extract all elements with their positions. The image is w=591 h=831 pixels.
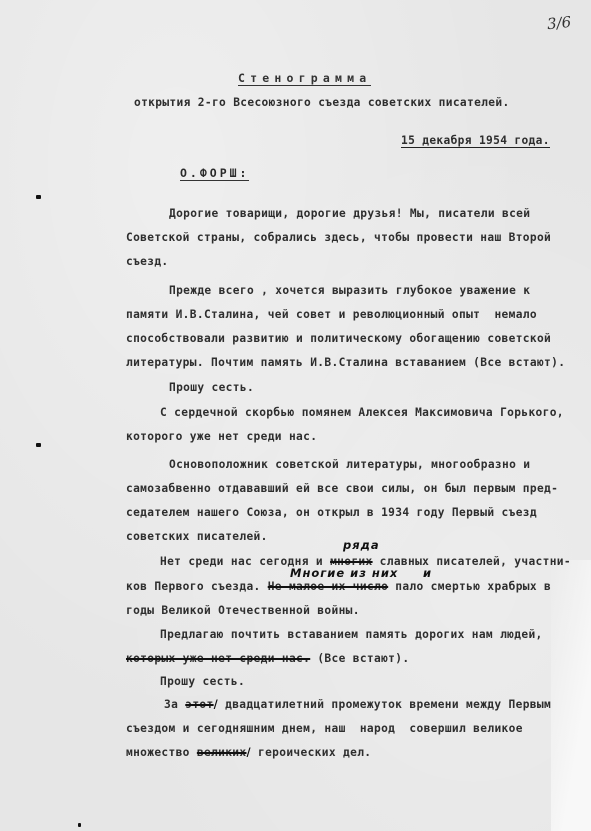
- text-span: славных писателей, участни-: [373, 555, 571, 568]
- text-line-edited: которых уже нет среди нас. (Все встают).: [126, 652, 409, 665]
- text-line: съездом и сегодняшним днем, наш народ со…: [126, 722, 523, 735]
- handwritten-insert: Многие из них: [290, 566, 398, 580]
- text-line: Дорогие товарищи, дорогие друзья! Мы, пи…: [169, 207, 530, 220]
- document-date: 15 декабря 1954 года.: [401, 134, 550, 148]
- document-title: Стенограмма: [238, 71, 371, 86]
- text-span: (Все встают).: [310, 652, 409, 665]
- text-line: памяти И.В.Сталина, чей совет и революци…: [126, 308, 537, 321]
- text-line: Прежде всего , хочется выразить глубокое…: [169, 284, 530, 297]
- struck-text: великих: [197, 746, 247, 759]
- handwritten-insert: и: [423, 566, 432, 580]
- text-span: За: [164, 698, 185, 711]
- text-line: советских писателей.: [126, 530, 268, 543]
- text-span: пало смертью храбрых в: [388, 580, 551, 593]
- text-line: седателем нашего Союза, он открыл в 1934…: [126, 506, 537, 519]
- text-span: множество: [126, 746, 197, 759]
- text-line-edited: множество великих/ героических дел.: [126, 746, 371, 759]
- struck-text: Не малое их число: [268, 580, 388, 593]
- scanned-document-page: 3/6 Стенограмма открытия 2-го Всесоюзног…: [0, 0, 591, 831]
- text-line: съезд.: [126, 255, 169, 268]
- text-line: Прошу сесть.: [160, 675, 245, 688]
- text-line: способствовали развитию и политическому …: [126, 332, 551, 345]
- text-span: ков Первого съезда.: [126, 580, 268, 593]
- text-line: Предлагаю почтить вставанием память доро…: [160, 628, 543, 641]
- text-line: годы Великой Отечественной войны.: [126, 604, 360, 617]
- struck-text: которых уже нет среди нас.: [126, 652, 310, 665]
- speaker-name: О.ФОРШ:: [180, 166, 249, 181]
- text-line: С сердечной скорбью помянем Алексея Макс…: [160, 406, 564, 419]
- text-line: литературы. Почтим память И.В.Сталина вс…: [126, 356, 565, 369]
- text-line: которого уже нет среди нас.: [126, 430, 317, 443]
- ink-speck: [36, 195, 41, 199]
- text-line-edited: ков Первого съезда. Не малое их число па…: [126, 580, 551, 593]
- text-span: двадцатилетний промежуток времени между …: [218, 698, 551, 711]
- handwritten-insert: ряда: [343, 538, 380, 552]
- text-line: Основоположник советской литературы, мно…: [169, 458, 530, 471]
- ink-speck: [78, 823, 81, 827]
- text-span: героических дел.: [251, 746, 371, 759]
- page-edge-shadow: [551, 560, 591, 831]
- document-subtitle: открытия 2-го Всесоюзного съезда советск…: [134, 96, 510, 109]
- text-line: Советской страны, собрались здесь, чтобы…: [126, 231, 551, 244]
- struck-text: этот: [185, 698, 213, 711]
- text-line: самозабвенно отдававший ей все свои силы…: [126, 482, 558, 495]
- text-line-edited: За этот/ двадцатилетний промежуток време…: [164, 698, 551, 711]
- text-line: Прошу сесть.: [169, 381, 254, 394]
- ink-speck: [36, 443, 41, 447]
- archive-page-number: 3/6: [546, 13, 572, 33]
